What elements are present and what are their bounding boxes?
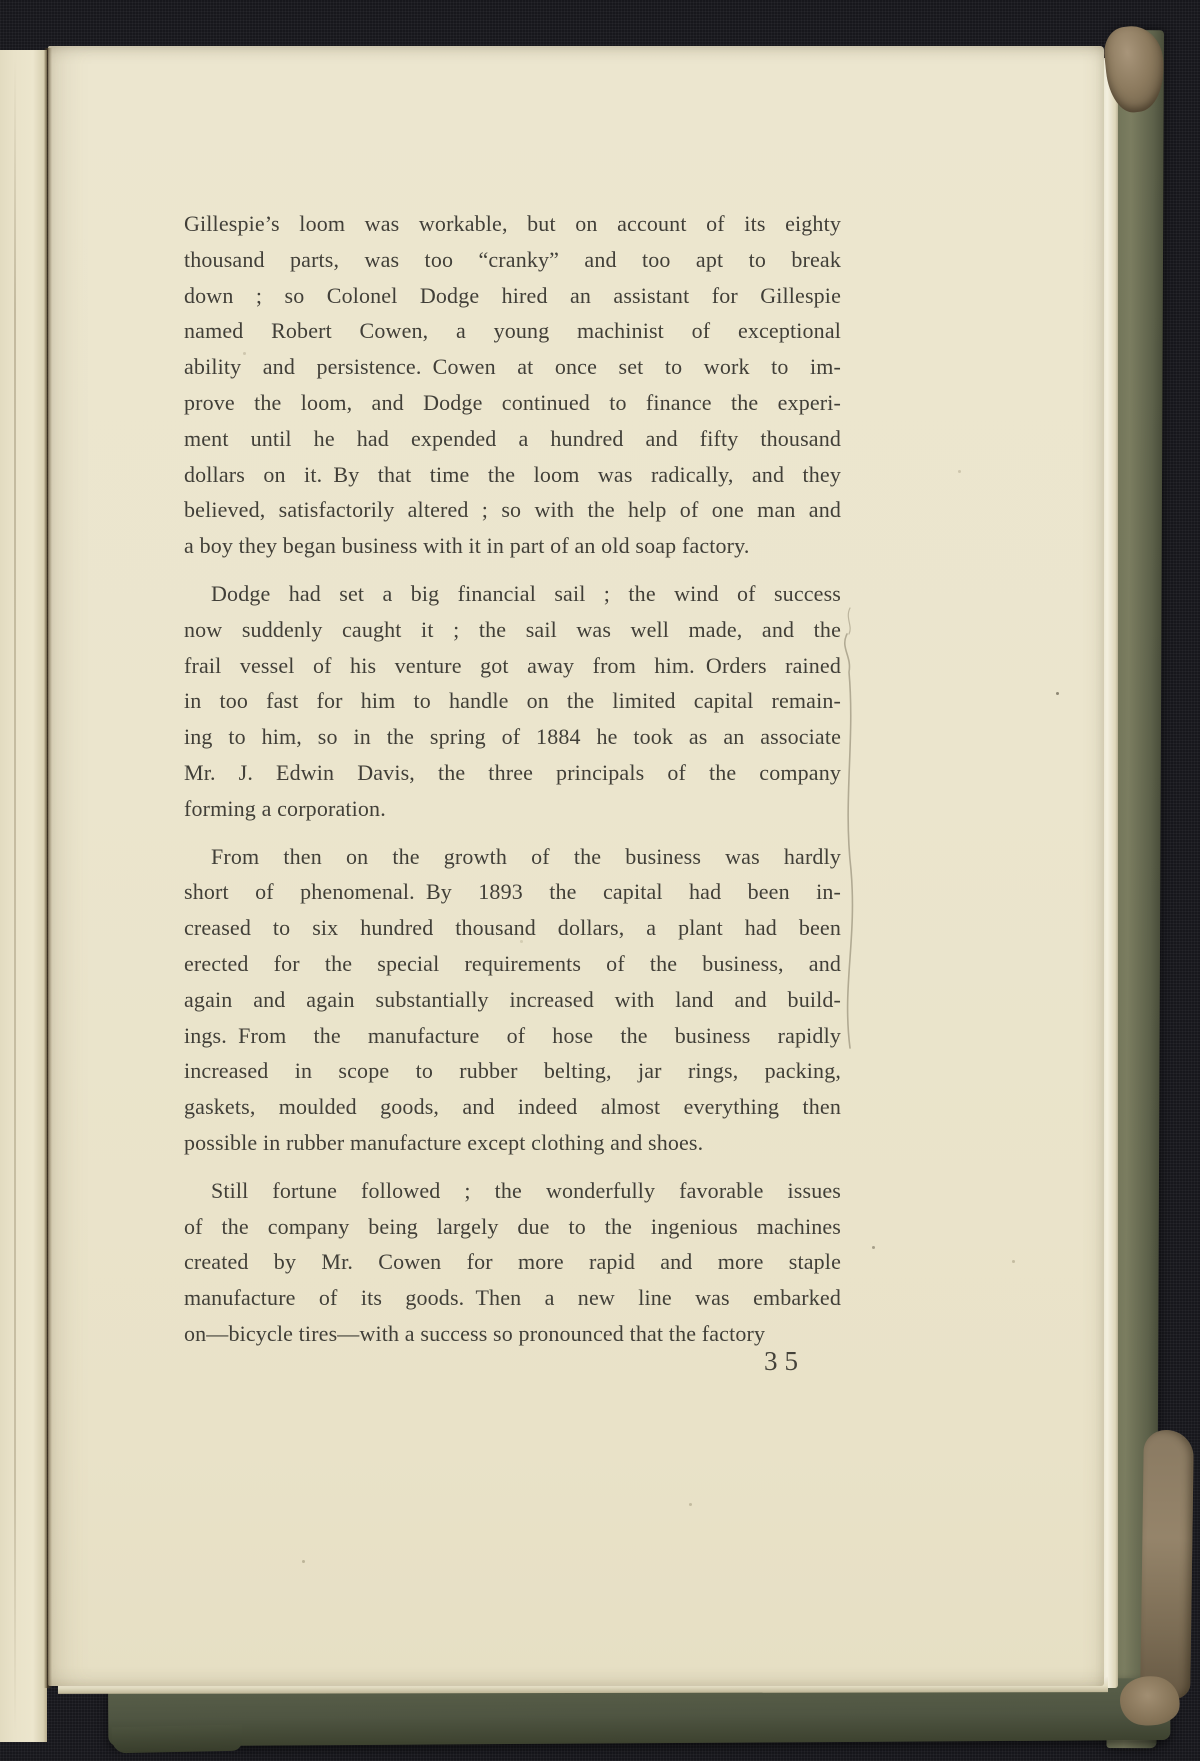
worn-edge-bottom-right bbox=[1140, 1430, 1194, 1701]
text-line: creased to six hundred thousand dollars,… bbox=[184, 910, 841, 946]
text-line: Still fortune followed ; the wonderfully… bbox=[184, 1173, 841, 1209]
text-line: short of phenomenal. By 1893 the capital… bbox=[184, 874, 841, 910]
text-line: gaskets, moulded goods, and indeed almos… bbox=[184, 1089, 841, 1125]
text-line: named Robert Cowen, a young machinist of… bbox=[184, 313, 841, 349]
text-line: prove the loom, and Dodge continued to f… bbox=[184, 385, 841, 421]
text-line: down ; so Colonel Dodge hired an assista… bbox=[184, 278, 841, 314]
text-line: erected for the special requirements of … bbox=[184, 946, 841, 982]
paragraph: From then on the growth of the business … bbox=[184, 839, 841, 1161]
text-line: now suddenly caught it ; the sail was we… bbox=[184, 612, 841, 648]
page-edge-line bbox=[14, 58, 16, 1734]
text-line: ing to him, so in the spring of 1884 he … bbox=[184, 719, 841, 755]
text-line: of the company being largely due to the … bbox=[184, 1209, 841, 1245]
text-line: created by Mr. Cowen for more rapid and … bbox=[184, 1244, 841, 1280]
text-line: believed, satisfactorily altered ; so wi… bbox=[184, 492, 841, 528]
paragraph: Gillespie’s loom was workable, but on ac… bbox=[184, 206, 841, 564]
text-line: manufacture of its goods. Then a new lin… bbox=[184, 1280, 841, 1316]
text-line: frail vessel of his venture got away fro… bbox=[184, 648, 841, 684]
paragraph: Still fortune followed ; the wonderfully… bbox=[184, 1173, 841, 1352]
text-line: thousand parts, was too “cranky” and too… bbox=[184, 242, 841, 278]
text-line: Dodge had set a big financial sail ; the… bbox=[184, 576, 841, 612]
text-line: dollars on it. By that time the loom was… bbox=[184, 457, 841, 493]
text-line: in too fast for him to handle on the lim… bbox=[184, 683, 841, 719]
text-line: increased in scope to rubber belting, ja… bbox=[184, 1053, 841, 1089]
paragraph: Dodge had set a big financial sail ; the… bbox=[184, 576, 841, 827]
page-stack-left bbox=[0, 50, 47, 1742]
gutter-shadow bbox=[44, 48, 52, 1688]
text-line: Gillespie’s loom was workable, but on ac… bbox=[184, 206, 841, 242]
dust-specks bbox=[0, 0, 3, 3]
page-text: Gillespie’s loom was workable, but on ac… bbox=[184, 206, 841, 1352]
text-line: again and again substantially increased … bbox=[184, 982, 841, 1018]
text-line: From then on the growth of the business … bbox=[184, 839, 841, 875]
book-cover-bottom-tab bbox=[112, 1725, 243, 1754]
text-line: Mr. J. Edwin Davis, the three principals… bbox=[184, 755, 841, 791]
text-line: ability and persistence. Cowen at once s… bbox=[184, 349, 841, 385]
text-line: possible in rubber manufacture except cl… bbox=[184, 1125, 841, 1161]
text-line: forming a corporation. bbox=[184, 791, 841, 827]
text-line: ings. From the manufacture of hose the b… bbox=[184, 1018, 841, 1054]
text-line: ment until he had expended a hundred and… bbox=[184, 421, 841, 457]
photo-background: { "book_page": { "page_number": "35", "p… bbox=[0, 0, 1200, 1761]
text-line: a boy they began business with it in par… bbox=[184, 528, 841, 564]
page-number: 35 bbox=[184, 1346, 841, 1377]
